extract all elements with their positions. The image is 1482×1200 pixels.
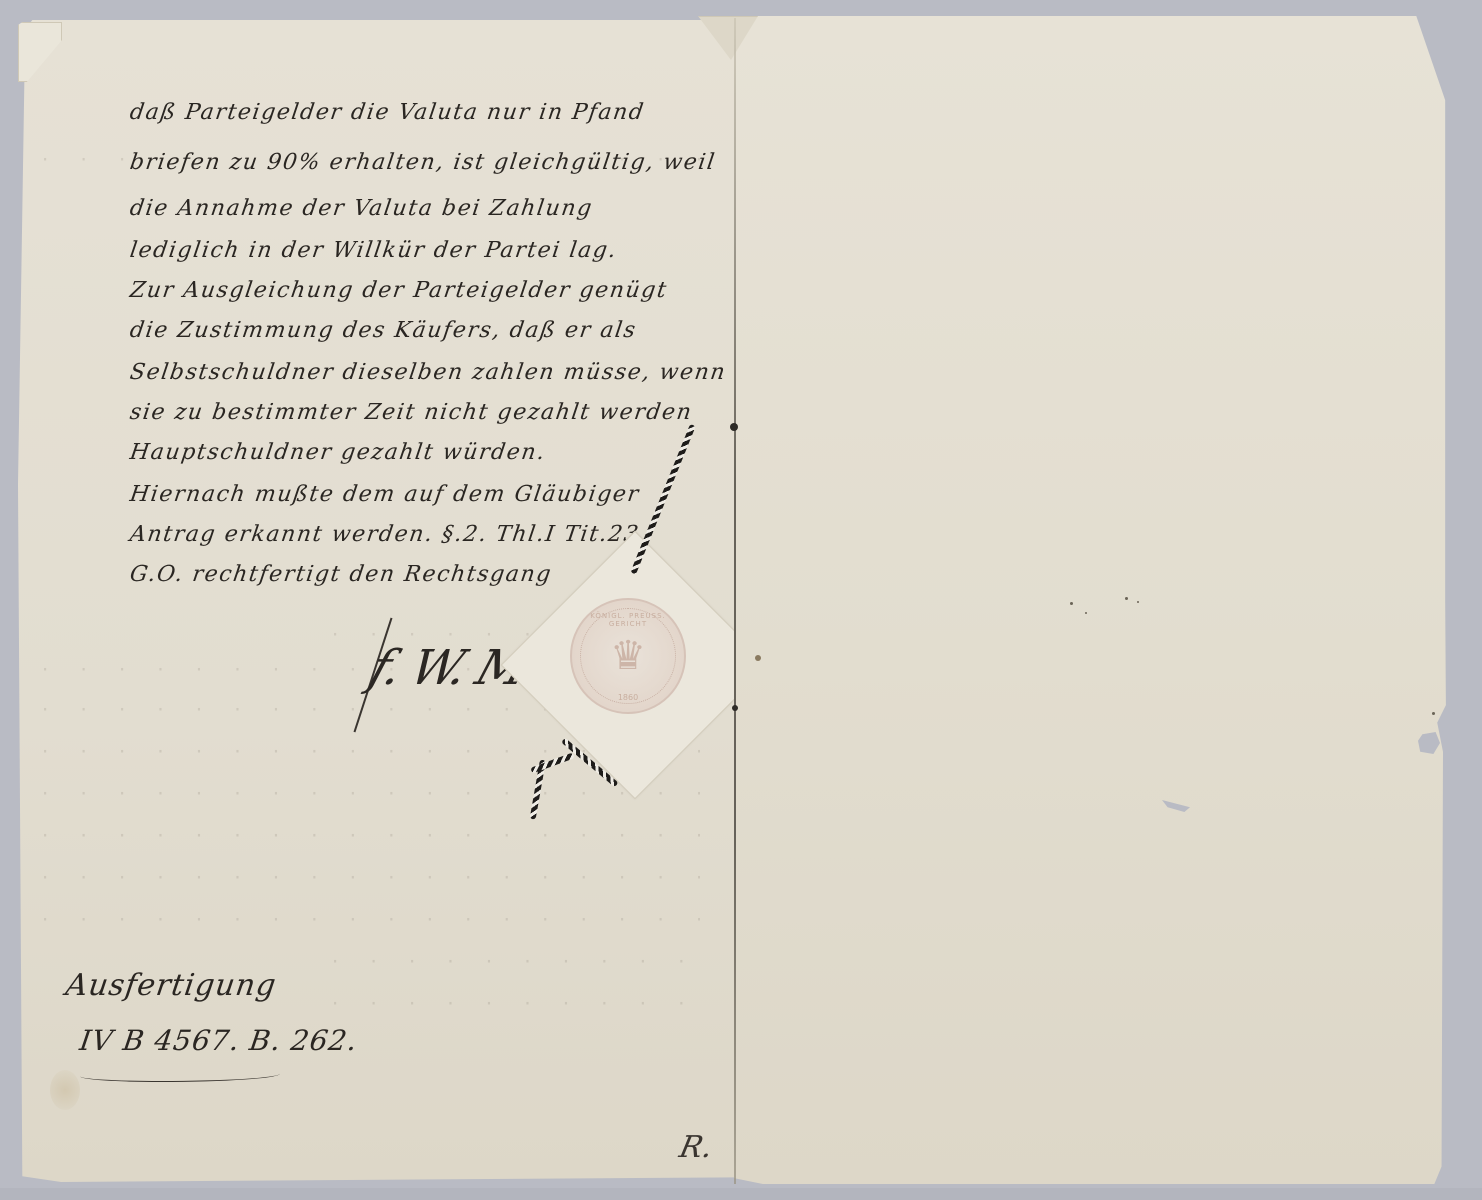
seal-year: 1860 (572, 693, 684, 702)
bleed-through-text: · · · · · · · · · · · (330, 952, 710, 972)
background-table-surface (0, 1188, 1482, 1200)
paper-speck (1125, 597, 1128, 600)
paper-speck (1137, 601, 1139, 603)
paper-speck (1085, 612, 1087, 614)
reference-number: IV B 4567. B. 262. (78, 1024, 360, 1057)
seal-legend: KÖNIGL. PREUSS. GERICHT (572, 612, 684, 628)
handwritten-line: Zur Ausgleichung der Parteigelder genügt (128, 278, 669, 303)
handwritten-line: die Zustimmung des Käufers, daß er als (128, 318, 638, 343)
right-page (734, 16, 1456, 1184)
handwritten-line: Hiernach mußte dem auf dem Gläubiger (128, 482, 641, 507)
handwritten-line: sie zu bestimmter Zeit nicht gezahlt wer… (128, 400, 694, 425)
bleed-through-text: · · · · · · · · · · · · · · · · · · · · … (40, 826, 700, 846)
handwritten-line: briefen zu 90% erhalten, ist gleichgülti… (128, 150, 717, 175)
paper-stain (50, 1070, 80, 1110)
handwritten-line: Hauptschuldner gezahlt würden. (128, 440, 547, 465)
binding-stitch (730, 423, 738, 431)
bleed-through-text: · · · · · · · · · · · · · · · · · · · · … (40, 868, 700, 888)
handwritten-line: daß Parteigelder die Valuta nur in Pfand (128, 100, 646, 125)
handwritten-line: lediglich in der Willkür der Partei lag. (128, 238, 619, 263)
bleed-through-text: · · · · · · · · · · · · · · · · · · · · … (40, 910, 700, 930)
reference-heading: Ausfertigung (64, 968, 279, 1003)
bleed-through-text: · · · · · · · · · · · · · · · · · · · · … (40, 784, 700, 804)
handwritten-line: Antrag erkannt werden. §.2. Thl.I Tit.23… (128, 522, 650, 547)
handwritten-line: die Annahme der Valuta bei Zahlung (128, 196, 594, 221)
paper-speck (1070, 602, 1073, 605)
handwritten-line: Selbstschuldner dieselben zahlen müsse, … (128, 360, 728, 385)
paper-speck (755, 655, 761, 661)
bleed-through-text: · · · · · · · · · · · (330, 994, 710, 1014)
embossed-seal: KÖNIGL. PREUSS. GERICHT ♛ 1860 (570, 598, 686, 714)
binding-stitch (732, 705, 738, 711)
paper-speck (1432, 712, 1435, 715)
spine-fold (734, 18, 736, 1184)
handwritten-line: G.O. rechtfertigt den Rechtsgang (128, 562, 553, 587)
